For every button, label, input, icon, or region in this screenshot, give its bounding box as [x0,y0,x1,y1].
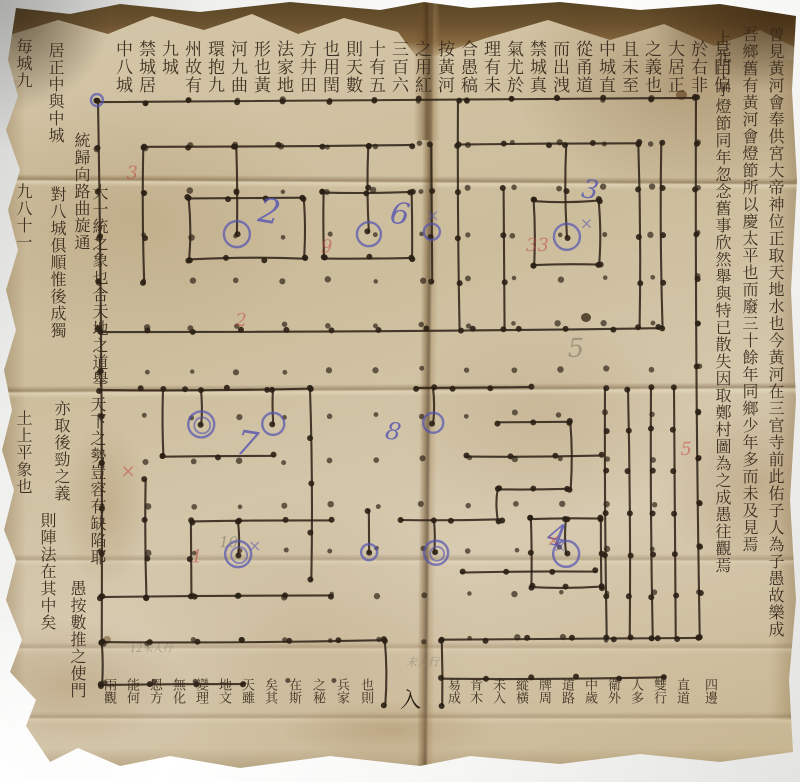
maze-dot [500,326,506,332]
maze-dot [556,186,562,192]
maze-dot [487,385,493,391]
maze-dot [673,592,679,598]
maze-dot [98,368,104,374]
maze-dot [190,369,194,373]
maze-dot [143,594,149,600]
maze-dot [600,320,606,326]
maze-wall [433,388,434,423]
maze-dot [286,638,292,644]
red-pencil-mark: × [546,530,561,551]
maze-dot [398,517,404,523]
maze-dot [182,386,188,392]
maze-dot [366,143,372,149]
maze-dot [141,144,147,150]
maze-dot [307,577,313,583]
maze-dot [483,676,489,682]
maze-dot [528,550,534,556]
maze-wall [102,642,103,685]
maze-dot [626,428,632,434]
maze-dot [144,327,150,333]
maze-dot [417,140,423,146]
maze-dot [98,681,104,687]
maze-dot [530,419,536,425]
maze-dot [530,263,536,269]
maze-dot [513,501,519,507]
maze-dot [655,324,661,330]
maze-dot [694,141,700,147]
maze-dot [431,384,437,390]
maze-dot [185,258,191,264]
blue-scribble: × [248,536,262,555]
maze-dot [283,327,289,333]
maze-dot [198,422,204,428]
maze-dot [692,186,698,192]
maze-dot [302,255,308,261]
maze-wall [191,520,331,521]
maze-dot [224,385,230,391]
maze-dot [421,639,426,644]
maze-wall [201,389,202,424]
graphite-pencil-mark: 未人行 [406,656,441,669]
maze-dot [465,275,471,281]
maze-dot [697,544,703,550]
maze-dot [695,455,701,461]
maze-dot [191,504,197,510]
maze-dot [565,235,571,241]
maze-dot [598,261,604,267]
maze-dot [142,413,147,418]
maze-dot [99,506,105,512]
maze-dot [695,276,701,282]
maze-dot [528,674,534,680]
maze-wall [189,198,191,259]
maze-dot [604,428,610,434]
maze-dot [660,185,666,191]
maze-dot [674,636,680,642]
maze-dot [650,275,655,280]
maze-dot [439,637,445,643]
maze-wall [145,480,147,597]
maze-dot [456,98,462,104]
maze-dot [373,279,378,284]
maze-dot [660,280,666,286]
maze-dot [366,254,372,260]
maze-dot [160,386,166,392]
maze-dot [97,233,103,239]
blue-number-label: 8 [383,416,403,446]
maze-dot [695,320,701,326]
maze-dot [269,421,275,427]
maze-dot [648,96,654,102]
maze-dot [282,370,287,375]
maze-dot [500,185,506,191]
maze-dot [233,278,239,284]
maze-dot [558,276,564,282]
maze-dot [511,367,517,373]
maze-dot [431,517,437,523]
maze-dot [499,517,505,523]
maze-dot [610,327,616,333]
maze-dot [697,500,703,506]
maze-dot [223,255,229,261]
maze-dot [374,593,380,599]
maze-dot [96,388,102,394]
maze-dot [308,481,314,487]
maze-dot [661,674,667,680]
maze-dot [327,458,333,464]
maze-dot [94,145,100,151]
maze-dot [652,502,658,508]
maze-dot [376,504,381,509]
maze-dot [464,414,469,419]
maze-dot [142,100,148,106]
maze-dot [327,414,333,420]
maze-dot [328,327,334,333]
maze-wall [457,100,459,330]
maze-dot [413,386,419,392]
maze-dot [284,547,289,552]
maze-dot [225,196,231,202]
maze-dot [648,594,654,600]
maze-dot [99,460,105,466]
maze-dot [455,189,461,195]
maze-dot [365,508,371,514]
maze-dot [421,592,427,598]
maze-dot [416,96,422,102]
maze-dot [603,385,609,391]
maze-wall [101,595,331,597]
maze-dot [142,517,148,523]
maze-dot [95,278,101,284]
maze-dot [611,636,617,642]
maze-wall [162,390,163,457]
maze-dot [616,676,622,682]
maze-dot [600,95,606,101]
maze-dot [419,366,424,371]
maze-wall [304,198,306,259]
maze-wall [442,677,665,679]
maze-dot [281,503,287,509]
graphite-pencil-mark: 12未人行 [130,643,175,655]
maze-dot [140,280,146,286]
maze-dot [233,369,239,375]
maze-dot [508,453,514,459]
maze-dot [628,634,634,640]
blue-number-label: 7 [233,423,261,466]
maze-dot [563,584,569,590]
maze-dot [215,454,221,460]
maze-dot [649,367,655,373]
maze-dot [465,185,471,191]
maze-dot [563,326,569,332]
maze-wall [412,192,413,258]
maze-dot [198,387,204,393]
blue-number-label: 2 [254,190,283,233]
maze-dot [660,232,666,238]
maze-dot [566,420,572,426]
maze-dot [650,468,656,474]
maze-dot [603,593,609,599]
maze-dot [695,409,701,415]
maze-dot [194,639,200,645]
maze-dot [235,231,241,237]
maze-dot [516,326,522,332]
maze-dot [189,519,195,525]
maze-dot [465,232,470,237]
maze-dot [554,320,560,326]
maze-wall [465,456,600,458]
maze-dot [655,635,661,641]
maze-dot [470,326,476,332]
red-pencil-mark: 3 [126,163,138,184]
maze-dot [628,553,634,559]
maze-dot [509,96,515,102]
maze-wall [496,489,498,521]
maze-dot [670,427,676,433]
maze-dot [427,141,433,147]
maze-dot [282,592,288,598]
maze-dot [307,385,313,391]
maze-dot [375,327,381,333]
maze-dot [99,639,105,645]
maze-dot [190,277,196,283]
red-pencil-mark: 33 [526,235,549,256]
maze-dot [515,548,520,553]
maze-dot [450,386,456,392]
maze-dot [599,452,605,458]
maze-dot [364,228,370,234]
maze-dot [269,387,275,393]
maze-wall [142,147,144,284]
maze-dot [502,279,508,285]
maze-dot [319,144,325,150]
maze-dot [335,637,341,643]
maze-dot [366,550,372,556]
maze-dot [549,569,555,575]
maze-dot [448,518,454,524]
maze-wall [102,684,242,685]
maze-dot [637,280,643,286]
maze-dot [236,414,242,420]
maze-dot [420,278,426,284]
maze-dot [531,197,537,203]
maze-dot [280,98,286,104]
maze-dot [554,95,560,101]
maze-dot [326,99,332,105]
maze-dot [603,468,609,474]
maze-wall [189,257,304,259]
maze-dot [530,486,536,492]
maze-dot [365,185,371,191]
red-pencil-mark: 2 [234,310,247,331]
maze-dot [694,94,700,100]
maze-dot [636,234,642,240]
maze-dot [603,634,609,640]
maze-dot [261,257,267,263]
maze-dot [279,278,285,284]
maze-dot [635,186,641,192]
maze-dot [650,552,656,558]
maze-dot [563,188,569,194]
maze-wall [534,264,599,265]
maze-dot [509,233,515,239]
maze-dot [552,453,558,459]
maze-dot [319,189,325,195]
maze-dot [142,459,148,465]
maze-dot [423,325,429,331]
maze-dot [329,517,335,523]
maze-dot [460,569,466,575]
maze-dot [271,452,277,458]
blue-number-label: 6 [387,195,412,233]
maze-wall [504,189,505,329]
maze-dot [698,590,704,596]
maze-dot [659,140,665,146]
maze-dot [307,530,313,536]
maze-dot [635,141,641,147]
maze-dot [626,593,632,599]
maze-dot [239,637,245,643]
maze-dot [527,515,533,521]
maze-dot [145,370,150,375]
maze-dot [373,457,379,463]
graphite-pencil-mark: 5 [568,334,585,364]
maze-dot [418,322,424,328]
maze-dot [190,329,196,335]
maze-dot [97,329,103,335]
maze-dot [599,551,605,557]
maze-dot [283,517,289,523]
maze-dot [419,189,424,194]
maze-dot [138,385,144,391]
maze-dot [193,681,199,687]
maze-dot [562,142,568,148]
maze-dot [465,548,471,554]
maze-dot [557,366,564,373]
maze-dot [546,142,552,148]
maze-dot [234,99,240,105]
maze-dot [648,384,654,390]
maze-dot [528,384,534,390]
maze-dot [592,567,598,573]
maze-dot [559,590,564,595]
maze-dot [648,426,654,432]
photograph-background: 263784××××93233×15×5未人行12未人行10 入 見門偏於右非大… [0,0,800,782]
maze-dot [511,321,516,326]
maze-wall [442,640,443,706]
maze-dot [464,367,469,372]
maze-dot [625,468,631,474]
maze-dot [693,231,699,237]
maze-dot [326,367,332,373]
maze-dot [238,505,243,510]
maze-dot [235,553,241,559]
maze-dot [185,145,191,151]
maze-dot [328,594,334,600]
maze-dot [457,280,463,286]
maze-dot [372,367,378,373]
maze-dot [408,255,414,261]
maze-dot [558,233,563,238]
maze-wall [385,640,387,706]
maze-dot [236,593,242,599]
maze-dot [418,501,424,507]
maze-dot [432,549,438,555]
maze-dot [327,501,334,508]
maze-dot [600,183,606,189]
maze-dot [236,518,242,524]
maze-dot [409,143,415,149]
maze-dot [275,142,281,148]
maze-dot [147,681,153,687]
maze-dot [191,459,197,465]
maze-dot [184,194,190,200]
maze-wall [272,389,273,424]
maze-dot [464,97,470,103]
maze-dot [670,468,676,474]
maze-dot [281,235,286,240]
maze-dot [603,275,608,280]
maze-dot [144,555,150,561]
maze-dot [99,593,105,599]
maze-dot [381,636,387,642]
maze-dot [599,585,605,591]
maze-dot [467,591,472,596]
maze-dot [428,279,434,285]
maze-dot [672,551,678,557]
maze-dot [603,365,609,371]
maze-dot [624,387,630,393]
maze-dot [573,674,579,680]
maze-dot [524,635,530,641]
maze-dot [564,486,570,492]
maze-dot [371,98,377,104]
maze-dot [597,515,603,521]
maze-dot [647,232,653,238]
maze-dot [671,384,677,390]
maze-dot [410,189,416,195]
maze-dot [99,413,105,419]
maze-dot [141,476,147,482]
maze-dot [325,276,331,282]
maze-dot [501,141,507,147]
maze-dot [569,635,575,641]
maze-dot [429,188,435,194]
maze-dot [556,412,561,417]
maze-dot [233,188,239,194]
maze-dot [495,486,501,492]
maze-dot [307,435,313,441]
maze-dot [99,550,105,556]
maze-dot [374,412,379,417]
maze-dot [141,190,147,196]
maze-dot [603,510,609,516]
maze-dot [649,183,655,189]
maze-dot [671,511,677,517]
red-pencil-mark: × [120,461,135,482]
maze-dot [512,276,517,281]
maze-dot [500,232,506,238]
maze-dot [529,583,535,589]
maze-dot [590,140,596,146]
red-pencil-mark: 5 [680,439,692,460]
maze-dot [186,97,192,103]
maze-wall [599,201,601,265]
maze-dot [465,503,471,509]
maze-dot [373,232,378,237]
maze-dot [503,569,509,575]
maze-wall [189,198,304,199]
